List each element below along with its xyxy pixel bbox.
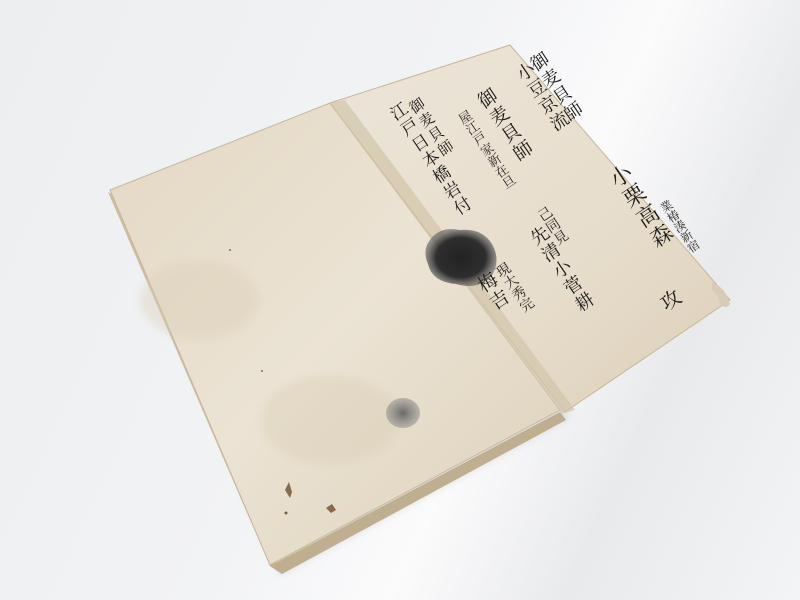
ink-spot-small bbox=[386, 398, 420, 428]
photo-scene: 江戸日本橋岩付 御麦貝師 御麦貝師 小豆京流 御麦貝師 屋江戸家新在旦 己同見 … bbox=[0, 0, 800, 600]
